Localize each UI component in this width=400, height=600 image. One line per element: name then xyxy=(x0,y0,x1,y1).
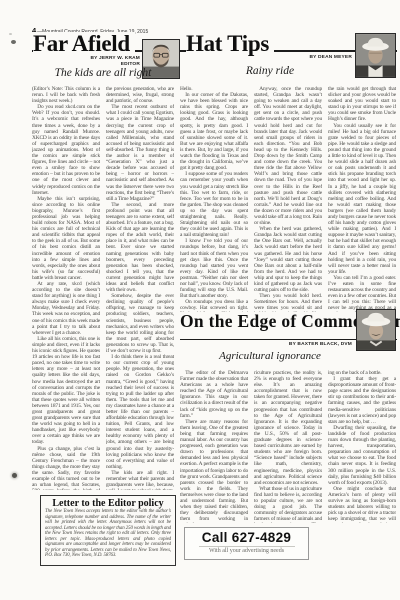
far-afield-body: (Editor’s Note: This column is a rerun. … xyxy=(32,86,174,490)
hat-tips-body: Hello. In our corner of the Dakotas, we … xyxy=(180,86,396,312)
hat-tips-section-title: Hat Tips xyxy=(186,32,274,57)
hat-tips-byline-name: BY DEAN MEYER xyxy=(270,55,352,61)
hat-tips-column-headline: Rainy ride xyxy=(180,65,360,77)
far-afield-byline: BY JERRY W. KRAM EDITOR xyxy=(55,56,140,67)
letter-policy-title: Letter to the Editor policy xyxy=(45,498,171,509)
advertising-house-ad: Call 627-4829 With all your advertising … xyxy=(184,527,309,560)
common-sense-column-headline: Agricultural ignorance xyxy=(180,350,360,362)
far-afield-section-title: Far Afield xyxy=(33,32,135,57)
ad-tagline: With all your advertising needs xyxy=(185,548,308,555)
hat-tips-column-2: Anyway, once the roundup started, Grandp… xyxy=(254,86,322,312)
scan-smudge-top xyxy=(11,40,16,44)
far-afield-column-headline: The kids are all right xyxy=(32,67,174,79)
common-sense-column-1: The editor of the Delmarva Farmer made t… xyxy=(180,370,248,523)
common-sense-byline-name: BY BAXTER BLACK, DVM xyxy=(230,342,352,348)
hat-tips-column-1: Hello. In our corner of the Dakotas, we … xyxy=(180,86,248,312)
letter-policy-box: Letter to the Editor policy The New Town… xyxy=(40,495,176,566)
common-sense-byline: BY BAXTER BLACK, DVM xyxy=(230,342,352,348)
common-sense-body: The editor of the Delmarva Farmer made t… xyxy=(180,370,396,523)
letter-policy-body: The New Town News accepts letters to the… xyxy=(45,509,171,559)
scan-smudge-bottom xyxy=(12,473,17,478)
newspaper-page: 4—Mountrail County Record, Friday, June … xyxy=(0,0,400,600)
man-cowboy-hat-mustache-portrait-icon xyxy=(357,310,395,350)
ad-divider-rule xyxy=(199,546,295,547)
common-sense-column-2: riculture practices, the reality is, 2% … xyxy=(254,370,322,523)
far-afield-column-1: (Editor’s Note: This column is a rerun. … xyxy=(32,86,100,490)
dean-meyer-photo xyxy=(355,33,396,78)
man-cowboy-hat-portrait-icon xyxy=(356,34,395,77)
hat-tips-byline: BY DEAN MEYER xyxy=(270,55,352,61)
far-afield-column-2: the previous generation, who are determi… xyxy=(106,86,174,490)
hat-tips-column-3: the rain would get through that slicker … xyxy=(328,86,396,312)
baxter-black-photo xyxy=(356,309,396,351)
common-sense-column-3: ing on the back of a bottle. I grant tha… xyxy=(328,370,396,523)
ad-phone-number: Call 627-4829 xyxy=(185,530,308,545)
